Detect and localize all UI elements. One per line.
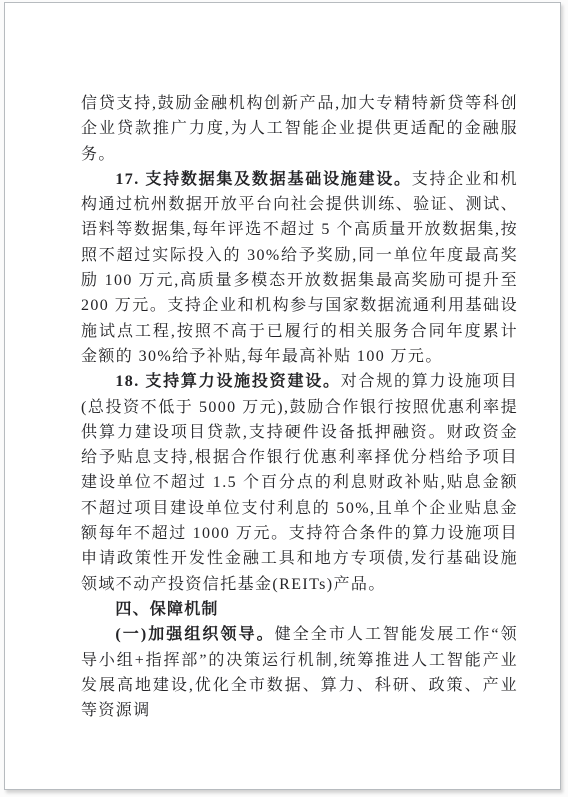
document-viewer: 信贷支持,鼓励金融机构创新产品,加大专精特新贷等科创企业贷款推广力度,为人工智能… <box>0 0 568 797</box>
paragraph-item-18: 18. 支持算力设施投资建设。对合规的算力设施项目(总投资不低于 5000 万元… <box>81 369 518 597</box>
item-17-heading: 17. 支持数据集及数据基础设施建设。 <box>115 171 411 188</box>
paragraph-sub-item-1: (一)加强组织领导。健全全市人工智能发展工作“领导小组+指挥部”的决策运行机制,… <box>81 622 518 723</box>
item-18-heading: 18. 支持算力设施投资建设。 <box>115 373 340 390</box>
document-page: 信贷支持,鼓励金融机构创新产品,加大专精特新贷等科创企业贷款推广力度,为人工智能… <box>4 2 561 790</box>
page-text-column: 信贷支持,鼓励金融机构创新产品,加大专精特新贷等科创企业贷款推广力度,为人工智能… <box>81 91 518 723</box>
paragraph-continuation: 信贷支持,鼓励金融机构创新产品,加大专精特新贷等科创企业贷款推广力度,为人工智能… <box>81 91 518 167</box>
item-18-body: 对合规的算力设施项目(总投资不低于 5000 万元),鼓励合作银行按照优惠利率提… <box>81 373 518 592</box>
item-17-body: 支持企业和机构通过杭州数据开放平台向社会提供训练、验证、测试、语料等数据集,每年… <box>81 171 518 365</box>
section-heading-4: 四、保障机制 <box>81 597 518 622</box>
paragraph-item-17: 17. 支持数据集及数据基础设施建设。支持企业和机构通过杭州数据开放平台向社会提… <box>81 167 518 369</box>
sub-item-1-heading: (一)加强组织领导。 <box>115 626 274 643</box>
